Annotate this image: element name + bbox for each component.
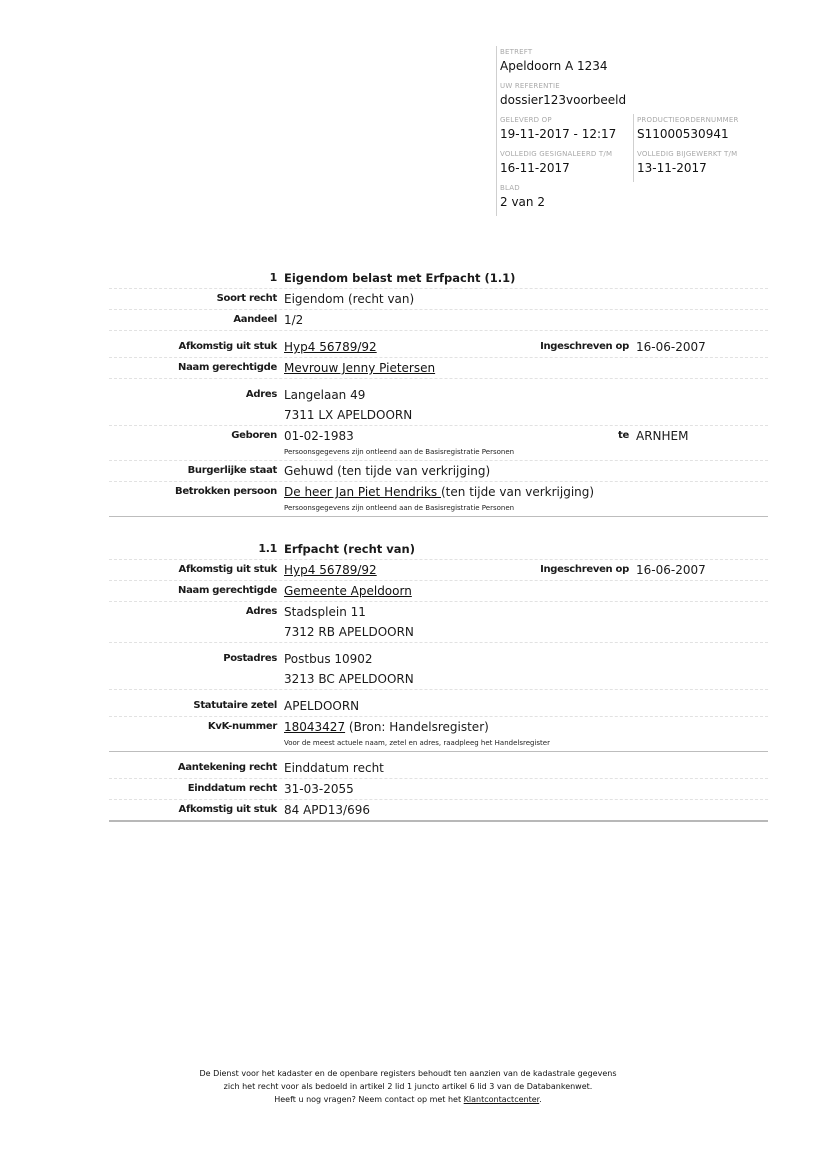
ingeschreven-op: Ingeschreven op 16-06-2007 xyxy=(509,560,706,580)
row-afkomstig: Afkomstig uit stuk Hyp4 56789/92 Ingesch… xyxy=(109,337,768,358)
meta-label: VOLLEDIG GESIGNALEERD T/M xyxy=(500,148,633,159)
field-value: Gehuwd (ten tijde van verkrijging) xyxy=(284,461,768,481)
address-line-2: 7311 LX APELDOORN xyxy=(284,405,768,425)
field-label: Ingeschreven op xyxy=(509,337,629,357)
field-label: te xyxy=(509,426,629,446)
field-value: Einddatum recht xyxy=(284,758,768,778)
section-heading: 1.1 Erfpacht (recht van) xyxy=(109,539,768,560)
meta-volledig-gesignaleerd: VOLLEDIG GESIGNALEERD T/M 16-11-2017 xyxy=(496,148,633,182)
field-label: Naam gerechtigde xyxy=(109,581,284,601)
stuk-link[interactable]: Hyp4 56789/92 xyxy=(284,563,377,577)
meta-label: BETREFT xyxy=(500,46,776,57)
address-line-1: Stadsplein 11 xyxy=(284,602,768,622)
field-label: Afkomstig uit stuk xyxy=(109,560,284,580)
row-einddatum-recht: Einddatum recht 31-03-2055 xyxy=(109,779,768,800)
field-label: Statutaire zetel xyxy=(109,696,284,716)
field-value: ARNHEM xyxy=(629,426,688,446)
field-suffix: (ten tijde van verkrijging) xyxy=(441,485,594,499)
row-afkomstig-aantekening: Afkomstig uit stuk 84 APD13/696 xyxy=(109,800,768,822)
row-naam-gerechtigde: Naam gerechtigde Mevrouw Jenny Pietersen xyxy=(109,358,768,379)
geboren-te: te ARNHEM xyxy=(509,426,688,446)
field-suffix: (Bron: Handelsregister) xyxy=(345,720,489,734)
row-kvk-nummer: KvK-nummer 18043427 (Bron: Handelsregist… xyxy=(109,717,768,752)
field-value: 31-03-2055 xyxy=(284,779,768,799)
meta-blad: BLAD 2 van 2 xyxy=(496,182,776,216)
field-value: APELDOORN xyxy=(284,696,768,716)
meta-value: 16-11-2017 xyxy=(500,159,633,177)
meta-label: VOLLEDIG BIJGEWERKT T/M xyxy=(637,148,770,159)
section-number: 1.1 xyxy=(109,539,284,559)
gerechtigde-link[interactable]: Mevrouw Jenny Pietersen xyxy=(284,361,435,375)
meta-value: 13-11-2017 xyxy=(637,159,770,177)
field-value: 1/2 xyxy=(284,310,768,330)
section-title: Erfpacht (recht van) xyxy=(284,539,768,559)
ingeschreven-op: Ingeschreven op 16-06-2007 xyxy=(509,337,706,357)
section-number: 1 xyxy=(109,268,284,288)
field-value: Eigendom (recht van) xyxy=(284,289,768,309)
meta-volledig-bijgewerkt: VOLLEDIG BIJGEWERKT T/M 13-11-2017 xyxy=(633,148,770,182)
meta-label: GELEVERD OP xyxy=(500,114,633,125)
kvk-link[interactable]: 18043427 xyxy=(284,720,345,734)
stuk-link[interactable]: Hyp4 56789/92 xyxy=(284,340,377,354)
source-note: Persoonsgegevens zijn ontleend aan de Ba… xyxy=(284,502,768,516)
field-label: Betrokken persoon xyxy=(109,482,284,502)
field-label: Adres xyxy=(109,602,284,622)
row-burgerlijke-staat: Burgerlijke staat Gehuwd (ten tijde van … xyxy=(109,461,768,482)
address-line-2: 3213 BC APELDOORN xyxy=(284,669,768,689)
meta-label: PRODUCTIEORDERNUMMER xyxy=(637,114,770,125)
meta-value: 2 van 2 xyxy=(500,193,776,211)
footer-contact-suffix: . xyxy=(539,1095,542,1104)
field-label: Ingeschreven op xyxy=(509,560,629,580)
address-line-1: Postbus 10902 xyxy=(284,649,768,669)
field-value: 16-06-2007 xyxy=(629,337,706,357)
meta-label: UW REFERENTIE xyxy=(500,80,776,91)
field-label: Einddatum recht xyxy=(109,779,284,799)
footer-contact: Heeft u nog vragen? Neem contact op met … xyxy=(0,1093,816,1106)
field-value: 16-06-2007 xyxy=(629,560,706,580)
field-label: KvK-nummer xyxy=(109,717,284,737)
row-aantekening-recht: Aantekening recht Einddatum recht xyxy=(109,758,768,779)
footer-disclaimer: De Dienst voor het kadaster en de openba… xyxy=(0,1067,816,1106)
field-label: Naam gerechtigde xyxy=(109,358,284,378)
field-label: Geboren xyxy=(109,426,284,446)
betrokken-persoon-link[interactable]: De heer Jan Piet Hendriks xyxy=(284,485,441,499)
field-label: Burgerlijke staat xyxy=(109,461,284,481)
section-heading: 1 Eigendom belast met Erfpacht (1.1) xyxy=(109,268,768,289)
field-label: Soort recht xyxy=(109,289,284,309)
address-line-2: 7312 RB APELDOORN xyxy=(284,622,768,642)
field-label: Afkomstig uit stuk xyxy=(109,800,284,820)
row-betrokken-persoon: Betrokken persoon De heer Jan Piet Hendr… xyxy=(109,482,768,517)
row-geboren: Geboren 01-02-1983 Persoonsgegevens zijn… xyxy=(109,426,768,461)
meta-value: 19-11-2017 - 12:17 xyxy=(500,125,633,143)
meta-geleverd-op: GELEVERD OP 19-11-2017 - 12:17 xyxy=(496,114,633,148)
row-naam-gerechtigde: Naam gerechtigde Gemeente Apeldoorn xyxy=(109,581,768,602)
field-label: Aandeel xyxy=(109,310,284,330)
row-adres: Adres Stadsplein 11 7312 RB APELDOORN xyxy=(109,602,768,643)
row-postadres: Postadres Postbus 10902 3213 BC APELDOOR… xyxy=(109,649,768,690)
meta-value: Apeldoorn A 1234 xyxy=(500,57,776,75)
footer-contact-prefix: Heeft u nog vragen? Neem contact op met … xyxy=(274,1095,463,1104)
row-afkomstig: Afkomstig uit stuk Hyp4 56789/92 Ingesch… xyxy=(109,560,768,581)
gerechtigde-link[interactable]: Gemeente Apeldoorn xyxy=(284,584,412,598)
field-label: Afkomstig uit stuk xyxy=(109,337,284,357)
meta-productieordernummer: PRODUCTIEORDERNUMMER S11000530941 xyxy=(633,114,770,148)
meta-label: BLAD xyxy=(500,182,776,193)
meta-value: S11000530941 xyxy=(637,125,770,143)
address-line-1: Langelaan 49 xyxy=(284,385,768,405)
field-value: 84 APD13/696 xyxy=(284,800,768,820)
source-note: Persoonsgegevens zijn ontleend aan de Ba… xyxy=(284,446,768,460)
row-statutaire-zetel: Statutaire zetel APELDOORN xyxy=(109,696,768,717)
source-note: Voor de meest actuele naam, zetel en adr… xyxy=(284,737,768,751)
field-label: Aantekening recht xyxy=(109,758,284,778)
document-body: 1 Eigendom belast met Erfpacht (1.1) Soo… xyxy=(109,268,768,822)
meta-value: dossier123voorbeeld xyxy=(500,91,776,109)
row-adres: Adres Langelaan 49 7311 LX APELDOORN xyxy=(109,385,768,426)
meta-uw-referentie: UW REFERENTIE dossier123voorbeeld xyxy=(496,80,776,114)
row-aandeel: Aandeel 1/2 xyxy=(109,310,768,331)
footer-line: zich het recht voor als bedoeld in artik… xyxy=(0,1080,816,1093)
field-label: Adres xyxy=(109,385,284,405)
field-label: Postadres xyxy=(109,649,284,669)
row-soort-recht: Soort recht Eigendom (recht van) xyxy=(109,289,768,310)
meta-betreft: BETREFT Apeldoorn A 1234 xyxy=(496,46,776,80)
footer-line: De Dienst voor het kadaster en de openba… xyxy=(0,1067,816,1080)
klantcontactcenter-link[interactable]: Klantcontactcenter xyxy=(464,1095,540,1104)
section-title: Eigendom belast met Erfpacht (1.1) xyxy=(284,268,768,288)
document-meta: BETREFT Apeldoorn A 1234 UW REFERENTIE d… xyxy=(496,46,776,216)
